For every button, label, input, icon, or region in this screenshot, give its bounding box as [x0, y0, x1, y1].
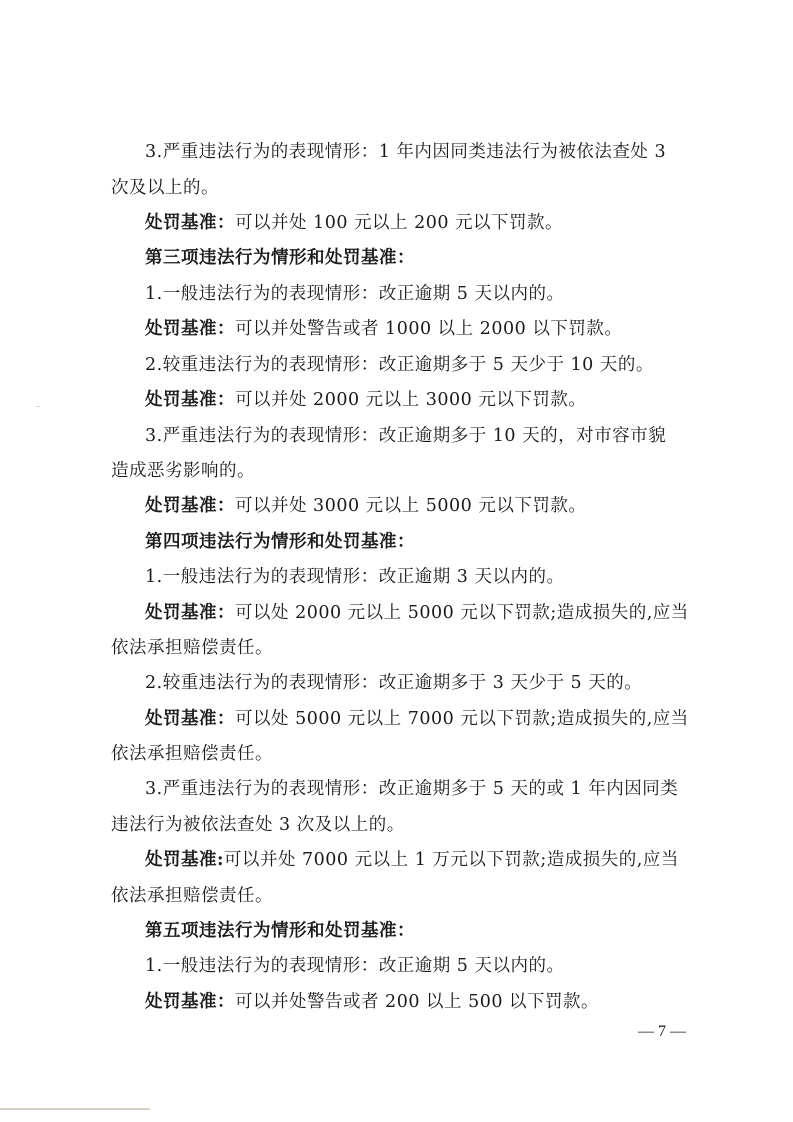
line-text: 造成恶劣影响的。	[111, 461, 255, 481]
line-text: 可以并处 2000 元以上 3000 元以下罚款。	[235, 390, 586, 410]
penalty-standard-line: 处罚基准：可以处 2000 元以上 5000 元以下罚款;造成损失的,应当	[145, 601, 689, 625]
line-text: 可以处 2000 元以上 5000 元以下罚款;造成损失的,应当	[235, 603, 689, 623]
penalty-standard-line: 处罚基准：可以并处 3000 元以上 5000 元以下罚款。	[145, 494, 586, 518]
penalty-standard-line: 处罚基准：可以并处警告或者 200 以上 500 以下罚款。	[145, 990, 599, 1014]
penalty-standard-line: 处罚基准：可以并处 2000 元以上 3000 元以下罚款。	[145, 388, 586, 412]
bold-label: 处罚基准：	[145, 709, 235, 729]
bold-label: 处罚基准：	[145, 992, 235, 1012]
paragraph-line: 次及以上的。	[111, 176, 219, 200]
bold-label: 处罚基准：	[145, 390, 235, 410]
line-text: 可以并处警告或者 200 以上 500 以下罚款。	[235, 992, 599, 1012]
bold-label: 第四项违法行为情形和处罚基准：	[145, 532, 415, 552]
section-heading: 第三项违法行为情形和处罚基准：	[145, 246, 415, 270]
paragraph-line: 依法承担赔偿责任。	[111, 742, 273, 766]
paragraph-line: 1.一般违法行为的表现情形：改正逾期 5 天以内的。	[145, 282, 564, 306]
section-heading: 第四项违法行为情形和处罚基准：	[145, 530, 415, 554]
line-text: 依法承担赔偿责任。	[111, 638, 273, 658]
line-text: 3.严重违法行为的表现情形：改正逾期多于 10 天的，对市容市貌	[145, 426, 666, 446]
scan-artifact	[0, 1108, 150, 1110]
penalty-standard-line: 处罚基准:可以并处 7000 元以上 1 万元以下罚款;造成损失的,应当	[145, 848, 679, 872]
line-text: 1.一般违法行为的表现情形：改正逾期 5 天以内的。	[145, 284, 564, 304]
paragraph-line: 1.一般违法行为的表现情形：改正逾期 3 天以内的。	[145, 565, 564, 589]
paragraph-line: 3.严重违法行为的表现情形：改正逾期多于 5 天的或 1 年内因同类	[145, 777, 678, 801]
section-heading: 第五项违法行为情形和处罚基准：	[145, 919, 415, 943]
line-text: 3.严重违法行为的表现情形：改正逾期多于 5 天的或 1 年内因同类	[145, 779, 678, 799]
line-text: 1.一般违法行为的表现情形：改正逾期 5 天以内的。	[145, 956, 564, 976]
paragraph-line: 造成恶劣影响的。	[111, 459, 255, 483]
line-text: 2.较重违法行为的表现情形：改正逾期多于 3 天少于 5 天的。	[145, 673, 642, 693]
scan-artifact	[36, 406, 40, 407]
bold-label: 第五项违法行为情形和处罚基准：	[145, 921, 415, 941]
penalty-standard-line: 处罚基准：可以并处警告或者 1000 以上 2000 以下罚款。	[145, 317, 622, 341]
line-text: 1.一般违法行为的表现情形：改正逾期 3 天以内的。	[145, 567, 564, 587]
paragraph-line: 2.较重违法行为的表现情形：改正逾期多于 5 天少于 10 天的。	[145, 353, 654, 377]
line-text: 依法承担赔偿责任。	[111, 744, 273, 764]
paragraph-line: 2.较重违法行为的表现情形：改正逾期多于 3 天少于 5 天的。	[145, 671, 642, 695]
bold-label: 处罚基准：	[145, 319, 235, 339]
paragraph-line: 3.严重违法行为的表现情形：1 年内因同类违法行为被依法查处 3	[145, 140, 666, 164]
bold-label: 处罚基准:	[145, 850, 224, 870]
paragraph-line: 违法行为被依法查处 3 次及以上的。	[111, 813, 405, 837]
paragraph-line: 1.一般违法行为的表现情形：改正逾期 5 天以内的。	[145, 954, 564, 978]
line-text: 违法行为被依法查处 3 次及以上的。	[111, 815, 405, 835]
line-text: 2.较重违法行为的表现情形：改正逾期多于 5 天少于 10 天的。	[145, 355, 654, 375]
line-text: 可以并处 100 元以上 200 元以下罚款。	[235, 213, 563, 233]
line-text: 可以并处 7000 元以上 1 万元以下罚款;造成损失的,应当	[224, 850, 679, 870]
document-page: 3.严重违法行为的表现情形：1 年内因同类违法行为被依法查处 3次及以上的。处罚…	[0, 0, 793, 1122]
paragraph-line: 依法承担赔偿责任。	[111, 884, 273, 908]
penalty-standard-line: 处罚基准：可以并处 100 元以上 200 元以下罚款。	[145, 211, 563, 235]
line-text: 可以并处 3000 元以上 5000 元以下罚款。	[235, 496, 586, 516]
line-text: 次及以上的。	[111, 178, 219, 198]
paragraph-line: 依法承担赔偿责任。	[111, 636, 273, 660]
page-number: — 7 —	[638, 1022, 686, 1042]
line-text: 3.严重违法行为的表现情形：1 年内因同类违法行为被依法查处 3	[145, 142, 666, 162]
bold-label: 第三项违法行为情形和处罚基准：	[145, 248, 415, 268]
bold-label: 处罚基准：	[145, 603, 235, 623]
bold-label: 处罚基准：	[145, 213, 235, 233]
line-text: 可以并处警告或者 1000 以上 2000 以下罚款。	[235, 319, 622, 339]
bold-label: 处罚基准：	[145, 496, 235, 516]
penalty-standard-line: 处罚基准：可以处 5000 元以上 7000 元以下罚款;造成损失的,应当	[145, 707, 689, 731]
line-text: 可以处 5000 元以上 7000 元以下罚款;造成损失的,应当	[235, 709, 689, 729]
line-text: 依法承担赔偿责任。	[111, 886, 273, 906]
paragraph-line: 3.严重违法行为的表现情形：改正逾期多于 10 天的，对市容市貌	[145, 424, 666, 448]
